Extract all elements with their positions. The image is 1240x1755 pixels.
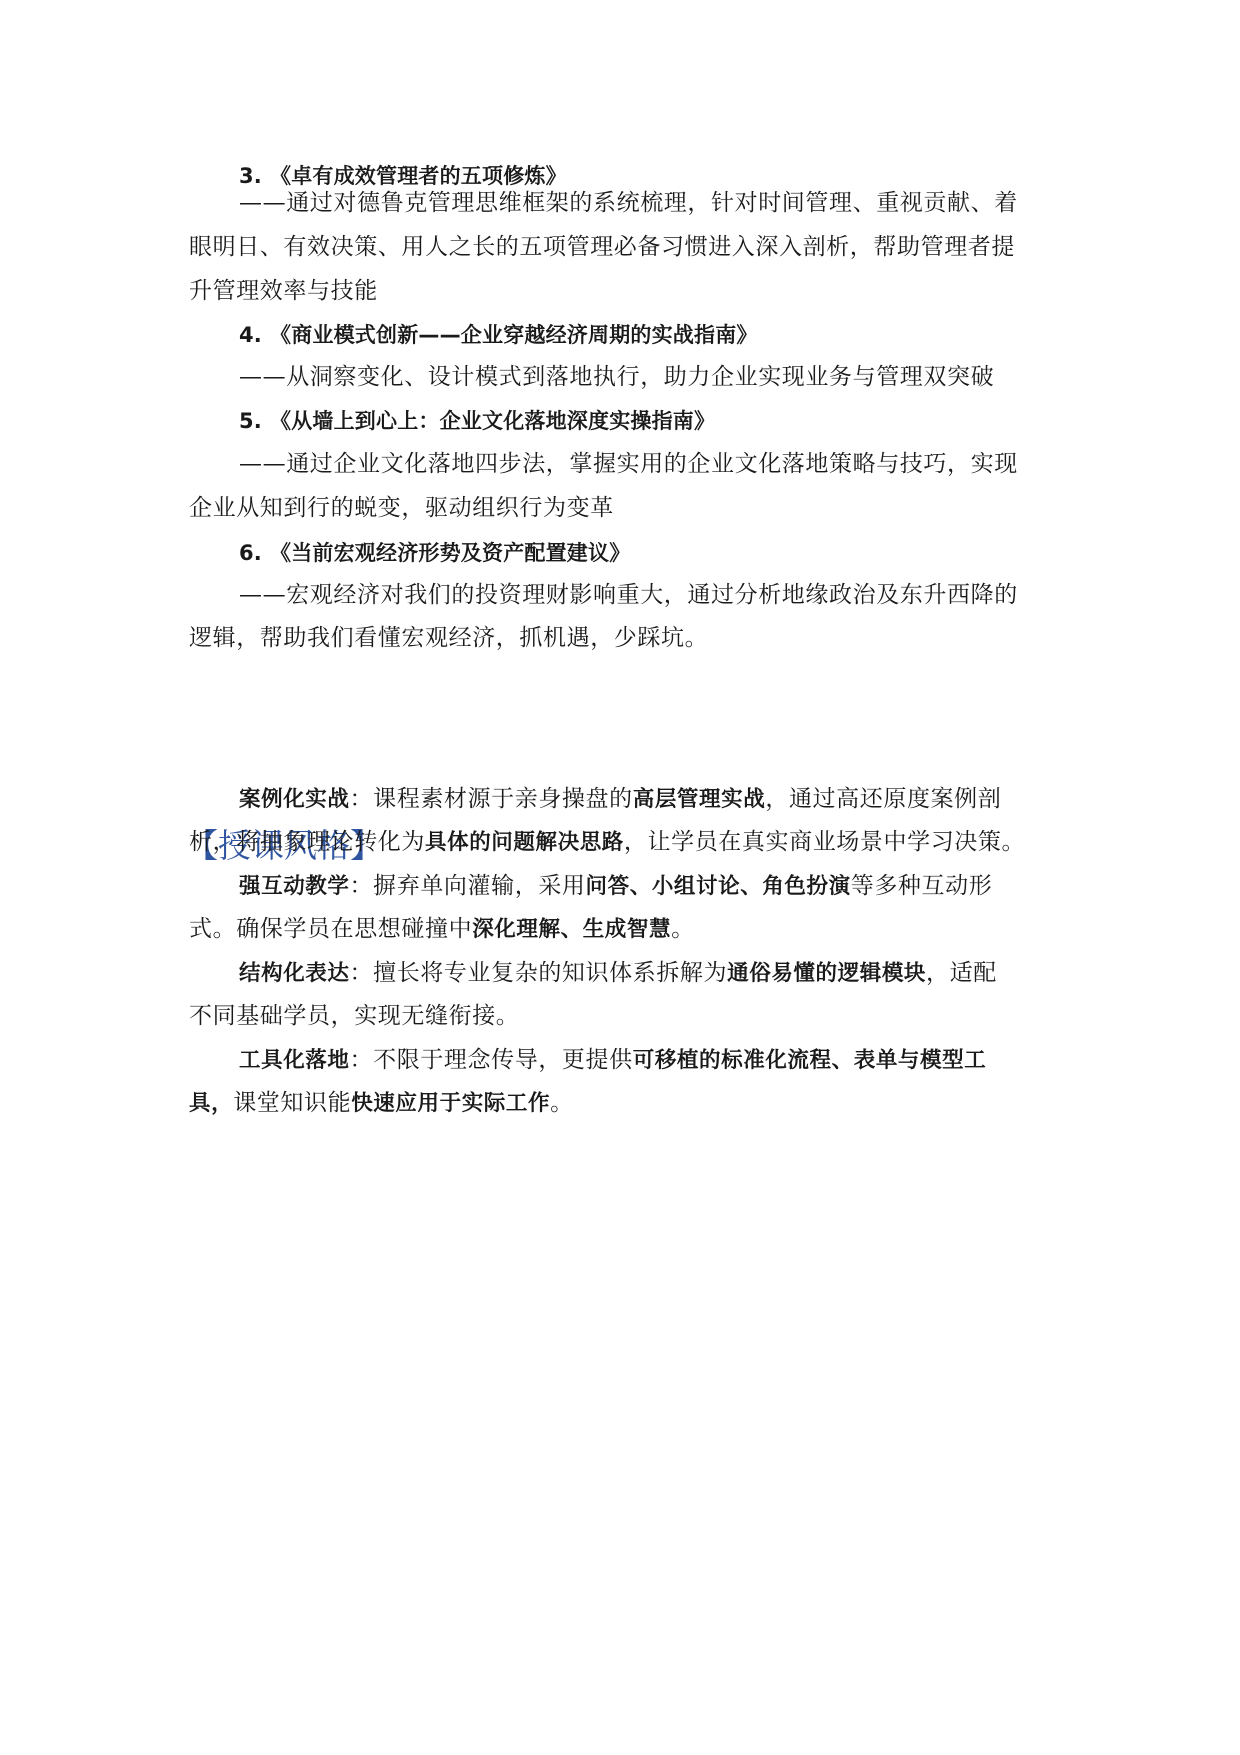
- style-item-interactive-line-2: 式。确保学员在思想碰撞中深化理解、生成智慧。: [189, 913, 695, 946]
- course-title-4: 4.《商业模式创新——企业穿越经济周期的实战指南》: [239, 319, 758, 351]
- course-desc-3-line-3: 升管理效率与技能: [189, 275, 378, 307]
- course-desc-3-line-1: ——通过对德鲁克管理思维框架的系统梳理，针对时间管理、重视贡献、着: [239, 187, 1018, 219]
- course-desc-4-line-1: ——从洞察变化、设计模式到落地执行，助力企业实现业务与管理双突破: [239, 361, 994, 393]
- style-item-structured-line-2: 不同基础学员，实现无缝衔接。: [189, 1000, 519, 1032]
- course-title-6: 6.《当前宏观经济形势及资产配置建议》: [239, 537, 630, 569]
- course-desc-3-line-2: 眼明日、有效决策、用人之长的五项管理必备习惯进入深入剖析，帮助管理者提: [189, 231, 1015, 263]
- style-item-interactive-line-1: 强互动教学：摒弃单向灌输，采用问答、小组讨论、角色扮演等多种互动形: [239, 870, 992, 903]
- style-item-case-based-line-1: 案例化实战：课程素材源于亲身操盘的高层管理实战，通过高还原度案例剖: [239, 783, 1001, 816]
- course-desc-6-line-2: 逻辑，帮助我们看懂宏观经济，抓机遇，少踩坑。: [189, 622, 708, 654]
- course-desc-5-line-2: 企业从知到行的蜕变，驱动组织行为变革: [189, 492, 614, 524]
- style-item-tooling-line-2: 具，课堂知识能快速应用于实际工作。: [189, 1087, 574, 1120]
- style-item-case-based-line-2: 析，将抽象理论转化为具体的问题解决思路，让学员在真实商业场景中学习决策。: [189, 826, 1025, 859]
- course-desc-5-line-1: ——通过企业文化落地四步法，掌握实用的企业文化落地策略与技巧，实现: [239, 448, 1018, 480]
- style-item-tooling-line-1: 工具化落地：不限于理念传导，更提供可移植的标准化流程、表单与模型工: [239, 1044, 986, 1077]
- course-title-5: 5.《从墙上到心上：企业文化落地深度实操指南》: [239, 405, 715, 437]
- course-desc-6-line-1: ——宏观经济对我们的投资理财影响重大，通过分析地缘政治及东升西降的: [239, 579, 1018, 611]
- style-item-structured-line-1: 结构化表达：擅长将专业复杂的知识体系拆解为通俗易懂的逻辑模块，适配: [239, 957, 997, 990]
